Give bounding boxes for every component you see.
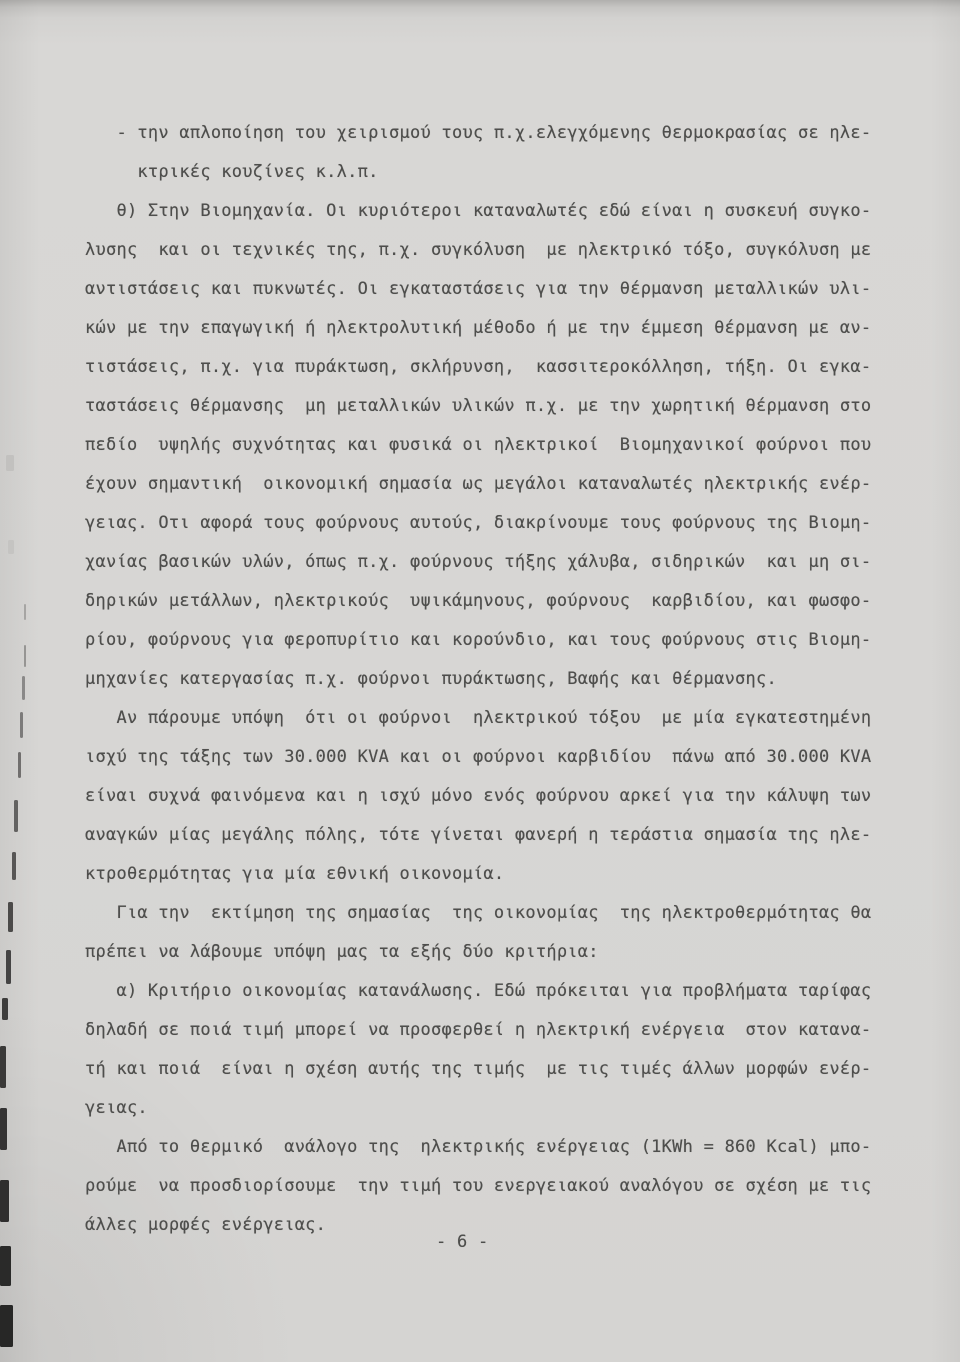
binding-mark [8,902,13,932]
binding-mark [0,1046,6,1088]
text-line: - την απλοποίηση του χειρισμού τους π.χ.… [85,114,945,153]
text-line: ρίου, φούρνους για φεροπυρίτιο και κορού… [85,621,945,660]
text-line: λυσης και οι τεχνικές της, π.χ. συγκόλυσ… [85,231,945,270]
text-line: δηλαδή σε ποιά τιμή μπορεί να προσφερθεί… [85,1011,945,1050]
text-line: ρούμε να προσδιορίσουμε την τιμή του ενε… [85,1167,945,1206]
scanned-page: - την απλοποίηση του χειρισμού τους π.χ.… [0,0,960,1362]
text-line: άλλες μορφές ενέργειας. [85,1206,945,1245]
text-line: Αν πάρουμε υπόψη ότι οι φούρνοι ηλεκτρικ… [85,699,945,738]
text-line: ισχύ της τάξης των 30.000 KVA και οι φού… [85,738,945,777]
binding-mark [6,455,14,471]
text-line: τιστάσεις, π.χ. για πυράκτωση, σκλήρυνση… [85,348,945,387]
text-line: τή και ποιά είναι η σχέση αυτής της τιμή… [85,1050,945,1089]
text-line: ταστάσεις θέρμανσης μη μεταλλικών υλικών… [85,387,945,426]
binding-mark [0,1180,9,1222]
text-line: γειας. [85,1089,945,1128]
binding-mark [24,645,26,667]
binding-mark [18,752,21,778]
text-line: θ) Στην Βιομηχανία. Οι κυριότεροι κατανα… [85,192,945,231]
text-line: πεδίο υψηλής συχνότητας και φυσικά οι ηλ… [85,426,945,465]
text-line: χανίας βασικών υλών, όπως π.χ. φούρνους … [85,543,945,582]
binding-mark [12,852,16,880]
page-number: - 6 - [436,1231,488,1253]
document-text: - την απλοποίηση του χειρισμού τους π.χ.… [85,114,945,1245]
text-line: πρέπει να λάβουμε υπόψη μας τα εξής δύο … [85,933,945,972]
text-line: κτροθερμότητας για μία εθνική οικονομία. [85,855,945,894]
text-line: α) Κριτήριο οικονομίας κατανάλωσης. Εδώ … [85,972,945,1011]
binding-mark [6,950,11,984]
binding-mark [14,800,18,832]
binding-mark [0,1108,7,1150]
text-line: δηρικών μετάλλων, ηλεκτρικούς υψικάμηνου… [85,582,945,621]
text-line: Από το θερμικό ανάλογο της ηλεκτρικής εν… [85,1128,945,1167]
text-line: γειας. Οτι αφορά τους φούρνους αυτούς, δ… [85,504,945,543]
binding-mark [0,1305,13,1347]
text-line: κτρικές κουζίνες κ.λ.π. [85,153,945,192]
binding-mark [22,676,25,700]
text-line: είναι συχνά φαινόμενα και η ισχύ μόνο εν… [85,777,945,816]
text-line: αντιστάσεις και πυκνωτές. Οι εγκαταστάσε… [85,270,945,309]
binding-mark [24,604,26,620]
text-line: κών με την επαγωγική ή ηλεκτρολυτική μέθ… [85,309,945,348]
binding-mark [2,998,8,1020]
text-line: αναγκών μίας μεγάλης πόλης, τότε γίνεται… [85,816,945,855]
binding-mark [8,540,14,554]
binding-mark [0,1246,11,1286]
text-line: μηχανίες κατεργασίας π.χ. φούρνοι πυράκτ… [85,660,945,699]
binding-mark [20,712,23,738]
text-line: Για την εκτίμηση της σημασίας της οικονο… [85,894,945,933]
text-line: έχουν σημαντική οικονομική σημασία ως με… [85,465,945,504]
